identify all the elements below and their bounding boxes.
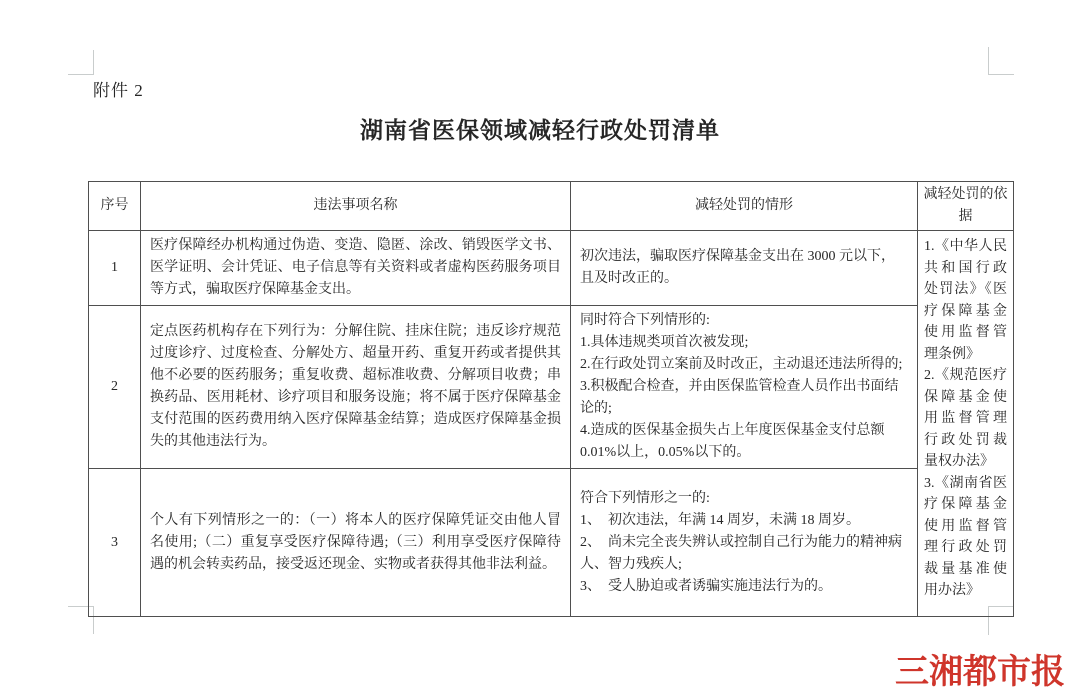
mitigation-line: 1.具体违规类项首次被发现; <box>580 332 908 354</box>
mitigation-cell: 同时符合下列情形的: 1.具体违规类项首次被发现; 2.在行政处罚立案前及时改正… <box>571 306 918 469</box>
penalty-table: 序号 违法事项名称 减轻处罚的情形 减轻处罚的依据 1 医疗保障经办机构通过伪造… <box>88 181 1014 617</box>
table-row: 2 定点医药机构存在下列行为：分解住院、挂床住院；违反诊疗规范过度诊疗、过度检查… <box>89 306 1014 469</box>
header-cell-mitigation: 减轻处罚的情形 <box>571 182 918 231</box>
basis-item: 1.《中华人民共和国行政处罚法》《医疗保障基金使用监督管理条例》 <box>924 236 1007 365</box>
table-row: 3 个人有下列情形之一的：（一）将本人的医疗保障凭证交由他人冒名使用;（二）重复… <box>89 469 1014 617</box>
mitigation-line: 初次违法，骗取医疗保障基金支出在 3000 元以下，且及时改正的。 <box>580 246 908 290</box>
violation-cell: 个人有下列情形之一的：（一）将本人的医疗保障凭证交由他人冒名使用;（二）重复享受… <box>141 469 571 617</box>
newspaper-watermark-logo: 三湘都市报 <box>895 644 1065 689</box>
mitigation-line: 4.造成的医保基金损失占上年度医保基金支付总额0.01%以上，0.05%以下的。 <box>580 420 908 464</box>
header-cell-basis: 减轻处罚的依据 <box>918 182 1014 231</box>
violation-cell: 定点医药机构存在下列行为：分解住院、挂床住院；违反诊疗规范过度诊疗、过度检查、分… <box>141 306 571 469</box>
mitigation-line: 1、 初次违法，年满 14 周岁，未满 18 周岁。 <box>580 510 908 532</box>
serial-cell: 1 <box>89 231 141 306</box>
mitigation-line: 同时符合下列情形的: <box>580 310 908 332</box>
page-title: 湖南省医保领域减轻行政处罚清单 <box>0 112 1080 145</box>
basis-item: 3.《湖南省医疗保障基金使用监督管理行政处罚裁量基准使用办法》 <box>924 473 1007 602</box>
table-header-row: 序号 违法事项名称 减轻处罚的情形 减轻处罚的依据 <box>89 182 1014 231</box>
mitigation-cell: 初次违法，骗取医疗保障基金支出在 3000 元以下，且及时改正的。 <box>571 231 918 306</box>
page-corner-mark-top-left <box>68 50 94 75</box>
serial-cell: 3 <box>89 469 141 617</box>
table-row: 1 医疗保障经办机构通过伪造、变造、隐匿、涂改、销毁医学文书、医学证明、会计凭证… <box>89 231 1014 306</box>
mitigation-line: 3.积极配合检查，并由医保监管检查人员作出书面结论的; <box>580 376 908 420</box>
page-corner-mark-top-right <box>988 47 1014 75</box>
mitigation-line: 3、 受人胁迫或者诱骗实施违法行为的。 <box>580 576 908 598</box>
basis-cell: 1.《中华人民共和国行政处罚法》《医疗保障基金使用监督管理条例》 2.《规范医疗… <box>918 231 1014 617</box>
violation-cell: 医疗保障经办机构通过伪造、变造、隐匿、涂改、销毁医学文书、医学证明、会计凭证、电… <box>141 231 571 306</box>
document-page: 附件 2 湖南省医保领域减轻行政处罚清单 序号 违法事项名称 减轻处罚的情形 减… <box>0 0 1080 689</box>
header-cell-violation: 违法事项名称 <box>141 182 571 231</box>
mitigation-line: 2.在行政处罚立案前及时改正，主动退还违法所得的; <box>580 354 908 376</box>
mitigation-line: 符合下列情形之一的: <box>580 488 908 510</box>
mitigation-line: 2、 尚未完全丧失辨认或控制自己行为能力的精神病人、智力残疾人; <box>580 532 908 576</box>
mitigation-cell: 符合下列情形之一的: 1、 初次违法，年满 14 周岁，未满 18 周岁。 2、… <box>571 469 918 617</box>
serial-cell: 2 <box>89 306 141 469</box>
header-cell-serial: 序号 <box>89 182 141 231</box>
attachment-label: 附件 2 <box>93 76 144 101</box>
basis-item: 2.《规范医疗保障基金使用监督管理行政处罚裁量权办法》 <box>924 365 1007 473</box>
